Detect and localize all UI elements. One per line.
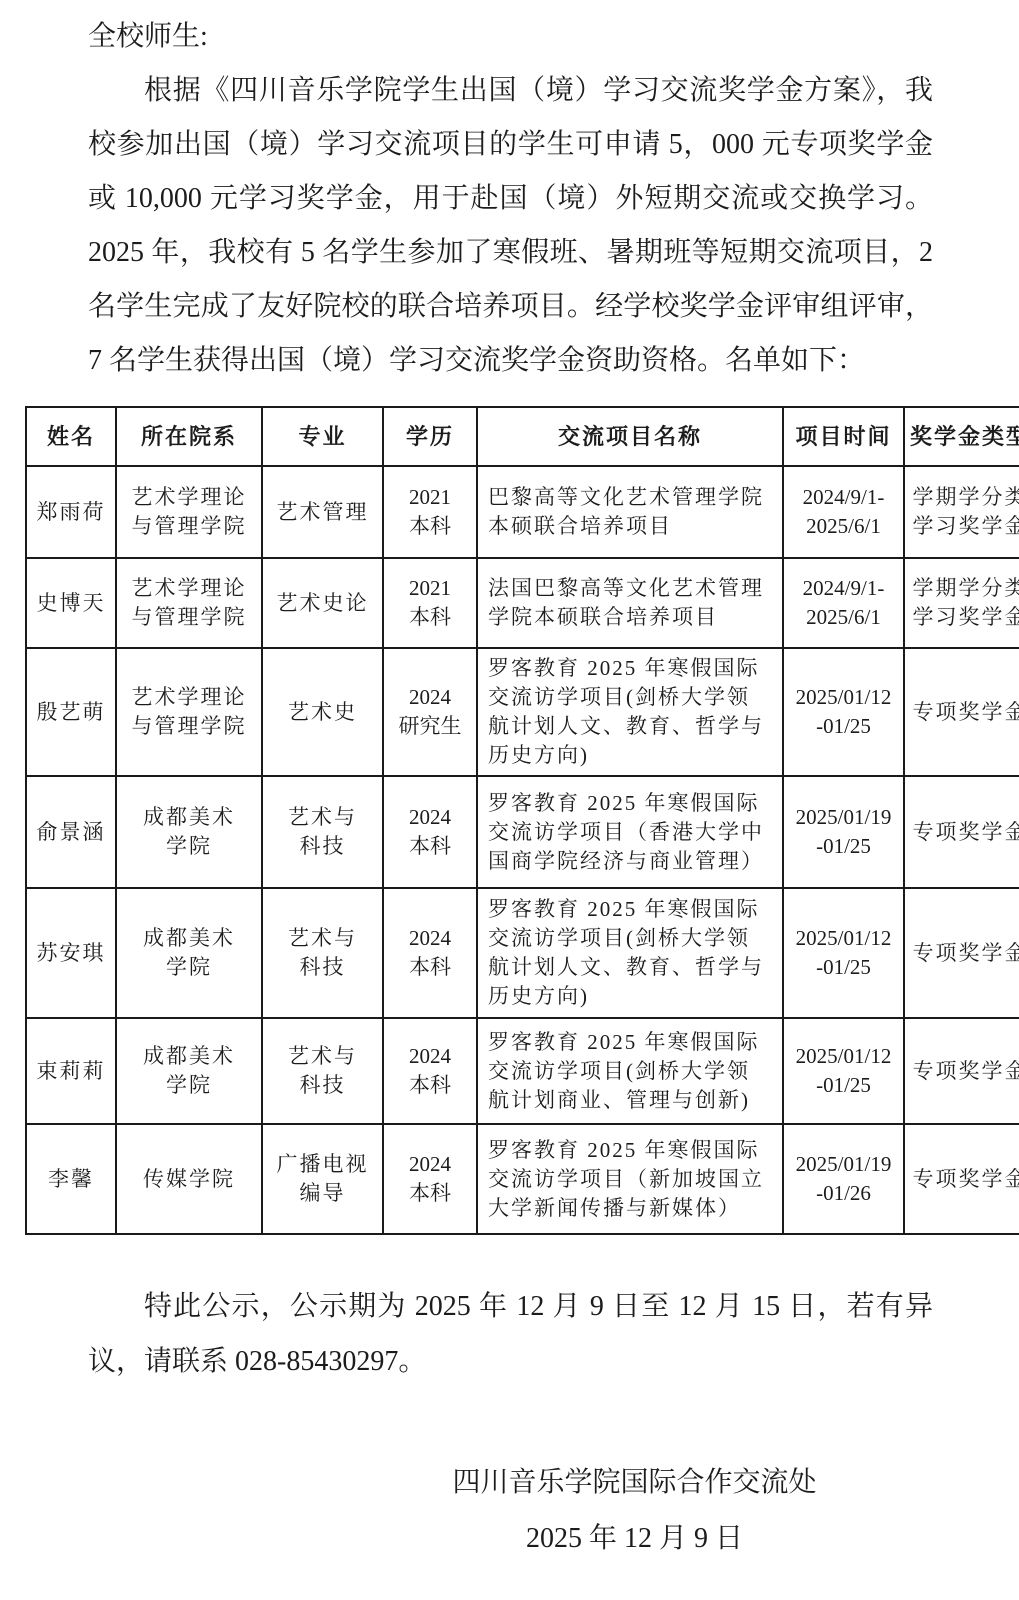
cell-degree: 2024 本科 — [383, 1018, 477, 1124]
table-row: 束莉莉成都美术 学院艺术与 科技2024 本科罗客教育 2025 年寒假国际交流… — [26, 1018, 1019, 1124]
column-header: 所在院系 — [116, 407, 262, 466]
cell-degree: 2021 本科 — [383, 466, 477, 558]
salutation: 全校师生: — [88, 0, 933, 64]
column-header: 学历 — [383, 407, 477, 466]
cell-department: 成都美术 学院 — [116, 888, 262, 1018]
cell-scholarship-type: 专项奖学金 — [904, 1018, 1019, 1124]
cell-name: 史博天 — [26, 558, 116, 648]
column-header: 交流项目名称 — [477, 407, 783, 466]
cell-major: 艺术史 — [262, 648, 383, 776]
cell-department: 传媒学院 — [116, 1124, 262, 1234]
cell-department: 艺术学理论 与管理学院 — [116, 648, 262, 776]
table-row: 史博天艺术学理论 与管理学院艺术史论2021 本科法国巴黎高等文化艺术管理学院本… — [26, 558, 1019, 648]
cell-degree: 2021 本科 — [383, 558, 477, 648]
cell-time: 2024/9/1- 2025/6/1 — [783, 558, 904, 648]
cell-time: 2025/01/19 -01/25 — [783, 776, 904, 888]
cell-scholarship-type: 专项奖学金 — [904, 648, 1019, 776]
table-row: 殷艺萌艺术学理论 与管理学院艺术史2024 研究生罗客教育 2025 年寒假国际… — [26, 648, 1019, 776]
cell-major: 艺术与 科技 — [262, 888, 383, 1018]
column-header: 奖学金类型 — [904, 407, 1019, 466]
cell-scholarship-type: 学期学分类 学习奖学金 — [904, 558, 1019, 648]
column-header: 姓名 — [26, 407, 116, 466]
cell-time: 2025/01/19 -01/26 — [783, 1124, 904, 1234]
cell-degree: 2024 本科 — [383, 776, 477, 888]
cell-degree: 2024 研究生 — [383, 648, 477, 776]
cell-project: 罗客教育 2025 年寒假国际交流访学项目（香港大学中国商学院经济与商业管理） — [477, 776, 783, 888]
cell-scholarship-type: 专项奖学金 — [904, 888, 1019, 1018]
cell-major: 艺术与 科技 — [262, 776, 383, 888]
scholarship-table: 姓名所在院系专业学历交流项目名称项目时间奖学金类型 郑雨荷艺术学理论 与管理学院… — [25, 406, 1019, 1235]
cell-degree: 2024 本科 — [383, 888, 477, 1018]
cell-name: 苏安琪 — [26, 888, 116, 1018]
cell-scholarship-type: 专项奖学金 — [904, 1124, 1019, 1234]
intro-paragraph: 根据《四川音乐学院学生出国（境）学习交流奖学金方案》，我校参加出国（境）学习交流… — [88, 64, 933, 388]
table-row: 李馨传媒学院广播电视 编导2024 本科罗客教育 2025 年寒假国际交流访学项… — [26, 1124, 1019, 1234]
cell-project: 罗客教育 2025 年寒假国际交流访学项目(剑桥大学领航计划商业、管理与创新) — [477, 1018, 783, 1124]
cell-department: 艺术学理论 与管理学院 — [116, 466, 262, 558]
cell-major: 艺术史论 — [262, 558, 383, 648]
table-row: 苏安琪成都美术 学院艺术与 科技2024 本科罗客教育 2025 年寒假国际交流… — [26, 888, 1019, 1018]
cell-time: 2024/9/1- 2025/6/1 — [783, 466, 904, 558]
cell-name: 殷艺萌 — [26, 648, 116, 776]
cell-project: 罗客教育 2025 年寒假国际交流访学项目（新加坡国立大学新闻传播与新媒体） — [477, 1124, 783, 1234]
cell-project: 罗客教育 2025 年寒假国际交流访学项目(剑桥大学领航计划人文、教育、哲学与历… — [477, 648, 783, 776]
cell-department: 成都美术 学院 — [116, 776, 262, 888]
notice-page: 全校师生: 根据《四川音乐学院学生出国（境）学习交流奖学金方案》，我校参加出国（… — [0, 0, 1019, 1600]
cell-project: 巴黎高等文化艺术管理学院本硕联合培养项目 — [477, 466, 783, 558]
cell-time: 2025/01/12 -01/25 — [783, 648, 904, 776]
cell-time: 2025/01/12 -01/25 — [783, 888, 904, 1018]
signature-block: 四川音乐学院国际合作交流处 2025 年 12 月 9 日 — [0, 1455, 1019, 1567]
cell-department: 艺术学理论 与管理学院 — [116, 558, 262, 648]
cell-project: 罗客教育 2025 年寒假国际交流访学项目(剑桥大学领航计划人文、教育、哲学与历… — [477, 888, 783, 1018]
table-header-row: 姓名所在院系专业学历交流项目名称项目时间奖学金类型 — [26, 407, 1019, 466]
cell-degree: 2024 本科 — [383, 1124, 477, 1234]
cell-major: 艺术管理 — [262, 466, 383, 558]
column-header: 项目时间 — [783, 407, 904, 466]
cell-time: 2025/01/12 -01/25 — [783, 1018, 904, 1124]
table-row: 俞景涵成都美术 学院艺术与 科技2024 本科罗客教育 2025 年寒假国际交流… — [26, 776, 1019, 888]
column-header: 专业 — [262, 407, 383, 466]
signature-date: 2025 年 12 月 9 日 — [250, 1511, 1019, 1567]
cell-name: 李馨 — [26, 1124, 116, 1234]
cell-major: 广播电视 编导 — [262, 1124, 383, 1234]
cell-scholarship-type: 学期学分类 学习奖学金 — [904, 466, 1019, 558]
closing-paragraph: 特此公示，公示期为 2025 年 12 月 9 日至 12 月 15 日，若有异… — [88, 1279, 933, 1389]
cell-project: 法国巴黎高等文化艺术管理学院本硕联合培养项目 — [477, 558, 783, 648]
cell-name: 郑雨荷 — [26, 466, 116, 558]
table-body: 郑雨荷艺术学理论 与管理学院艺术管理2021 本科巴黎高等文化艺术管理学院本硕联… — [26, 466, 1019, 1234]
cell-name: 俞景涵 — [26, 776, 116, 888]
cell-name: 束莉莉 — [26, 1018, 116, 1124]
cell-scholarship-type: 专项奖学金 — [904, 776, 1019, 888]
table-row: 郑雨荷艺术学理论 与管理学院艺术管理2021 本科巴黎高等文化艺术管理学院本硕联… — [26, 466, 1019, 558]
cell-major: 艺术与 科技 — [262, 1018, 383, 1124]
cell-department: 成都美术 学院 — [116, 1018, 262, 1124]
signature-org: 四川音乐学院国际合作交流处 — [250, 1455, 1019, 1511]
